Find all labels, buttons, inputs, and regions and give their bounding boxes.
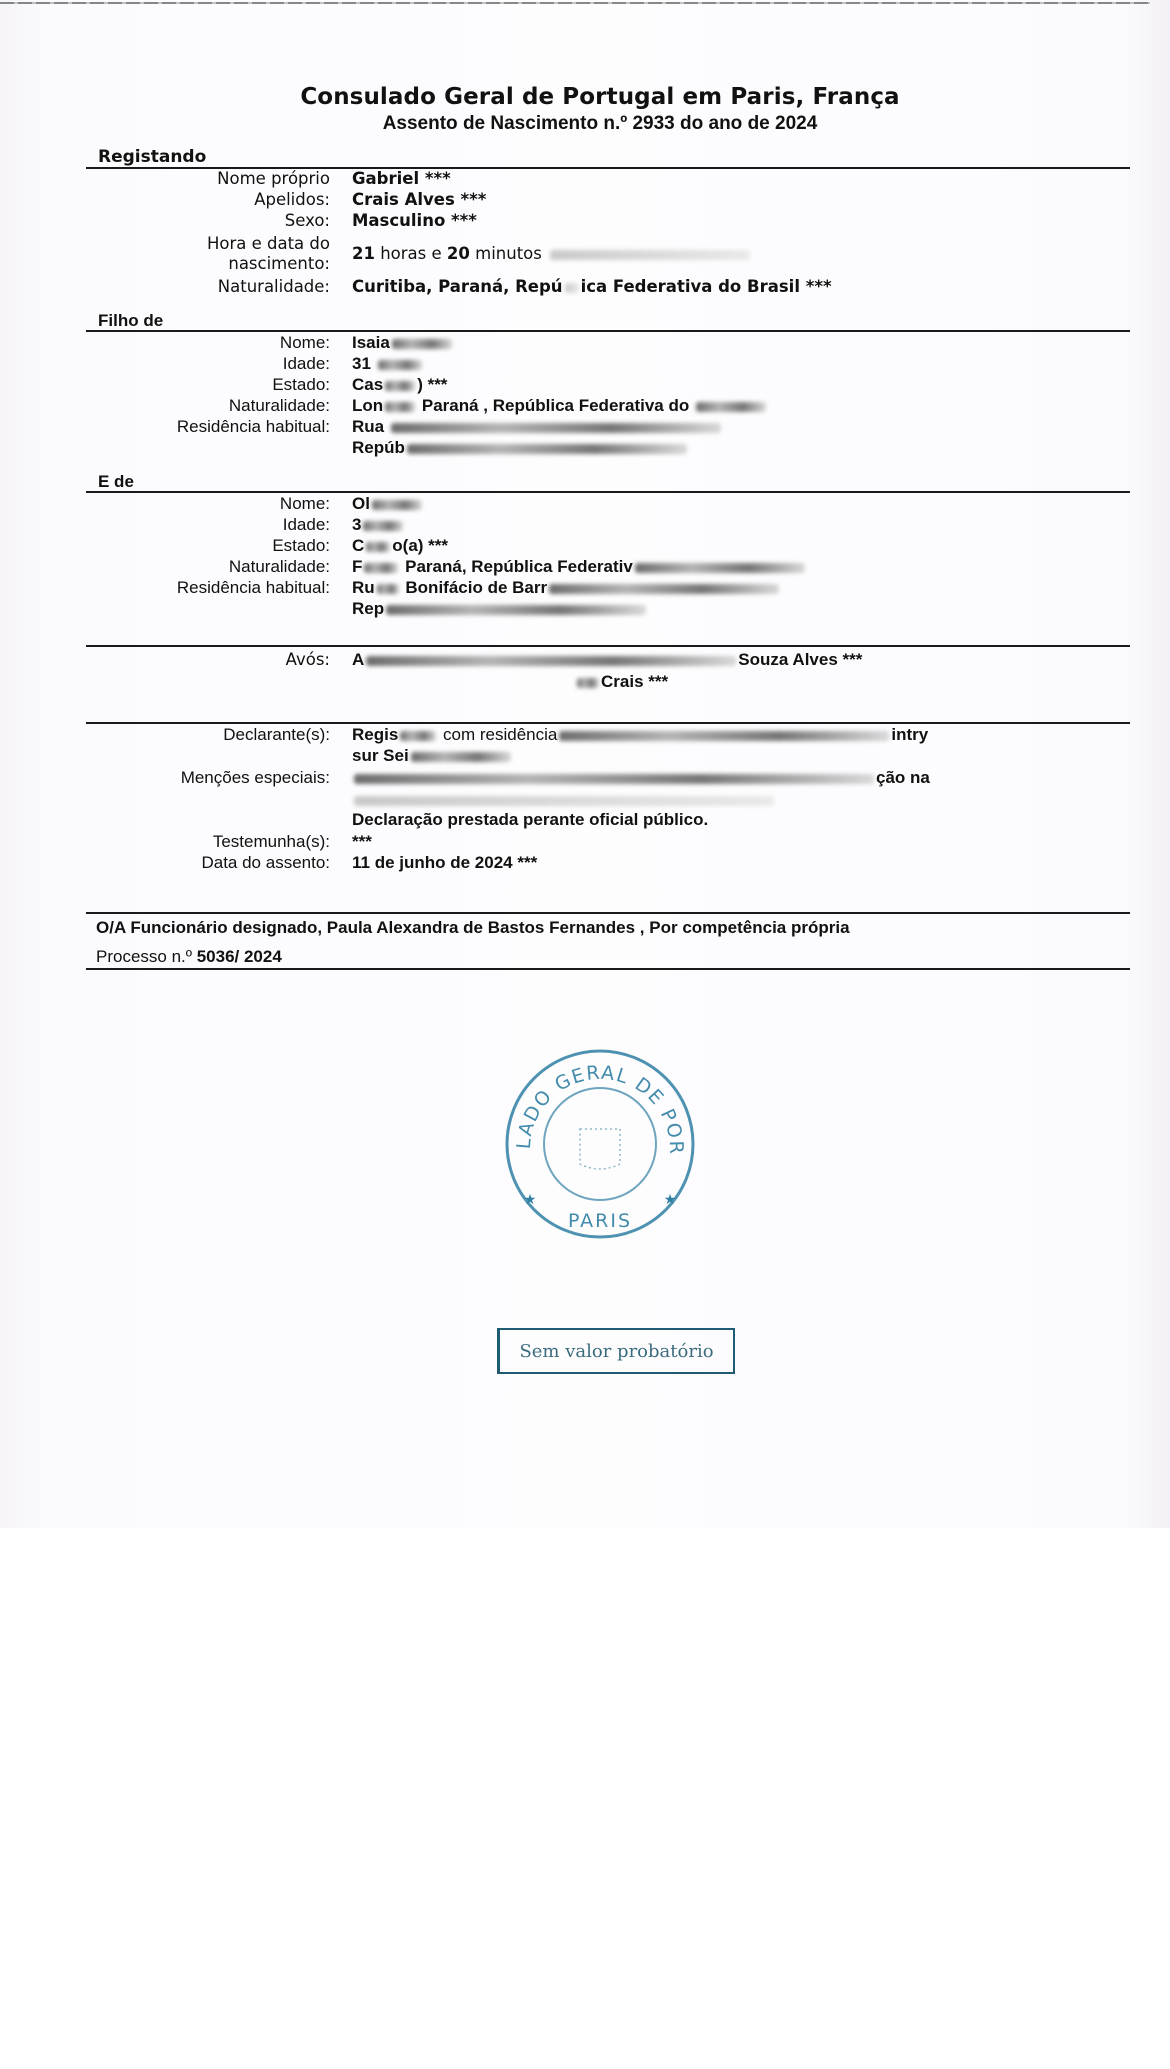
no-probative-value-stamp: Sem valor probatório xyxy=(497,1328,735,1374)
redacted-text xyxy=(392,339,452,349)
field-row-pai-naturalidade: Naturalidade: Lon Paraná , República Fed… xyxy=(0,396,1170,416)
redacted-text xyxy=(577,678,599,688)
document-subtitle: Assento de Nascimento n.º 2933 do ano de… xyxy=(0,113,1170,135)
field-row-declarante: Declarante(s): Regis com residênciaintry xyxy=(0,725,1170,745)
field-value: Co(a) *** xyxy=(352,536,448,556)
field-label: Nome próprio xyxy=(0,169,330,189)
redacted-text xyxy=(386,605,646,615)
field-value: Cas) *** xyxy=(352,375,447,395)
redacted-text xyxy=(385,381,415,391)
redacted-text xyxy=(377,584,399,594)
field-row-pai-estado: Estado: Cas) *** xyxy=(0,375,1170,395)
value-part: Rep xyxy=(352,599,384,618)
document-title: Consulado Geral de Portugal em Paris, Fr… xyxy=(0,84,1170,110)
field-value: F Paraná, República Federativ xyxy=(352,557,807,577)
redacted-text xyxy=(366,542,390,552)
field-row-avos: Avós: ASouza Alves *** xyxy=(0,650,1170,670)
value-part: Isaia xyxy=(352,333,390,352)
field-row-pai-residencia: Residência habitual: Rua xyxy=(0,417,1170,437)
divider xyxy=(86,330,1130,332)
field-value: Rep xyxy=(352,599,648,619)
field-label: Nome: xyxy=(0,333,330,353)
hours-value: 21 xyxy=(352,244,375,263)
value-part: Cas xyxy=(352,375,383,394)
divider xyxy=(86,645,1130,647)
field-label: Naturalidade: xyxy=(0,557,330,577)
redacted-text xyxy=(378,360,422,370)
redacted-text xyxy=(407,444,687,454)
value-part: C xyxy=(352,536,364,555)
field-row-pai-nome: Nome: Isaia xyxy=(0,333,1170,353)
redacted-text xyxy=(354,796,774,806)
field-row-mae-residencia-line2: Rep xyxy=(0,599,1170,619)
field-label: Nome: xyxy=(0,494,330,514)
field-value: 31 xyxy=(352,354,424,374)
redacted-text xyxy=(385,402,415,412)
processo-value: 5036/ 2024 xyxy=(197,947,282,966)
field-label: Estado: xyxy=(0,375,330,395)
redacted-text xyxy=(354,774,874,784)
value-part: ica Federativa do Brasil *** xyxy=(581,277,832,296)
field-row-pai-residencia-line2: Repúb xyxy=(0,438,1170,458)
redacted-text xyxy=(400,731,436,741)
field-label: Declarante(s): xyxy=(0,725,330,745)
field-row-apelidos: Apelidos: Crais Alves *** xyxy=(0,190,1170,210)
value-part: sur Sei xyxy=(352,746,409,765)
field-value: ção na xyxy=(352,768,930,788)
value-part: Repúb xyxy=(352,438,405,457)
value-part: Paraná, República Federativ xyxy=(400,557,632,576)
field-value: Isaia xyxy=(352,333,454,353)
svg-text:★: ★ xyxy=(664,1192,677,1208)
empty-label xyxy=(0,672,330,692)
field-value: Curitiba, Paraná, Repúica Federativa do … xyxy=(352,277,832,297)
value-part: o(a) *** xyxy=(392,536,448,555)
field-label: Data do assento: xyxy=(0,853,330,873)
field-label: Apelidos: xyxy=(0,190,330,210)
field-label: Estado: xyxy=(0,536,330,556)
section-heading-e-de: E de xyxy=(98,472,134,492)
empty-label xyxy=(0,438,330,458)
field-value: Masculino *** xyxy=(352,211,477,231)
minutes-text: minutos xyxy=(470,244,542,263)
redacted-text xyxy=(549,584,779,594)
value-part: com residência xyxy=(438,725,557,744)
divider xyxy=(86,491,1130,493)
value-part: Crais *** xyxy=(601,672,668,691)
field-value: 3 xyxy=(352,515,405,535)
field-row-sexo: Sexo: Masculino *** xyxy=(0,211,1170,231)
field-value: 11 de junho de 2024 *** xyxy=(352,853,537,873)
redacted-text xyxy=(635,563,805,573)
value-part: Rua xyxy=(352,417,384,436)
value-part: 3 xyxy=(352,515,361,534)
svg-text:★: ★ xyxy=(524,1192,537,1208)
field-row-testemunhas: Testemunha(s): *** xyxy=(0,832,1170,852)
section-heading-registando: Registando xyxy=(98,147,206,167)
redacted-text xyxy=(391,423,721,433)
field-label: Hora e data do nascimento: xyxy=(0,234,330,274)
redacted-text xyxy=(363,521,403,531)
empty-label xyxy=(0,790,330,810)
field-row-mae-residencia: Residência habitual: Ru Bonifácio de Bar… xyxy=(0,578,1170,598)
redacted-text xyxy=(696,402,766,412)
section-heading-filho-de: Filho de xyxy=(98,311,163,331)
value-part: Curitiba, Paraná, Repú xyxy=(352,277,563,296)
field-value: ASouza Alves *** xyxy=(352,650,862,670)
field-value: Rua xyxy=(352,417,723,437)
field-value: Regis com residênciaintry xyxy=(352,725,928,745)
field-value: Declaração prestada perante oficial públ… xyxy=(352,810,708,830)
consulate-stamp: CONSULADO GERAL DE PORTUGAL PARIS ★ ★ xyxy=(500,1044,700,1244)
field-value xyxy=(352,790,776,810)
field-value: Ru Bonifácio de Barr xyxy=(352,578,781,598)
value-part: Ol xyxy=(352,494,370,513)
minutes-value: 20 xyxy=(447,244,470,263)
value-part: 31 xyxy=(352,354,371,373)
field-label: Naturalidade: xyxy=(0,277,330,297)
field-row-mencoes: Menções especiais: ção na xyxy=(0,768,1170,788)
svg-text:PARIS: PARIS xyxy=(568,1210,632,1232)
field-label: Idade: xyxy=(0,354,330,374)
value-part: A xyxy=(352,650,364,669)
field-value: Lon Paraná , República Federativa do xyxy=(352,396,768,416)
field-label-line2: nascimento: xyxy=(228,254,330,273)
hours-text: horas e xyxy=(375,244,447,263)
field-label-line1: Hora e data do xyxy=(207,234,330,253)
value-part: intry xyxy=(891,725,928,744)
field-label: Avós: xyxy=(0,650,330,670)
field-label: Sexo: xyxy=(0,211,330,231)
field-value: Crais Alves *** xyxy=(352,190,486,210)
field-row-avos-line2: Crais *** xyxy=(0,672,1170,692)
field-value: *** xyxy=(352,832,372,852)
document-page: Consulado Geral de Portugal em Paris, Fr… xyxy=(0,0,1170,1528)
field-label: Naturalidade: xyxy=(0,396,330,416)
page-top-edge xyxy=(0,2,1150,4)
redacted-text xyxy=(411,752,511,762)
funcionario-line: O/A Funcionário designado, Paula Alexand… xyxy=(96,918,850,938)
field-label: Residência habitual: xyxy=(0,578,330,598)
empty-label xyxy=(0,746,330,766)
field-value: Crais *** xyxy=(575,672,668,692)
field-value: sur Sei xyxy=(352,746,513,766)
divider xyxy=(86,722,1130,724)
value-part: F xyxy=(352,557,362,576)
field-label: Idade: xyxy=(0,515,330,535)
redacted-text xyxy=(372,500,422,510)
redacted-text xyxy=(366,656,736,666)
value-part: ) *** xyxy=(417,375,447,394)
value-part: Ru xyxy=(352,578,375,597)
processo-line: Processo n.º 5036/ 2024 xyxy=(96,947,282,967)
field-row-pai-idade: Idade: 31 xyxy=(0,354,1170,374)
redacted-text xyxy=(559,731,889,741)
field-value: Ol xyxy=(352,494,424,514)
field-row-mencoes-redacted xyxy=(0,790,1170,810)
field-row-hora-nascimento: Hora e data do nascimento: 21 horas e 20… xyxy=(0,234,1170,274)
stamp-text: Sem valor probatório xyxy=(519,1341,713,1362)
field-row-naturalidade: Naturalidade: Curitiba, Paraná, Repúica … xyxy=(0,277,1170,297)
value-part: ção na xyxy=(876,768,930,787)
empty-label xyxy=(0,599,330,619)
field-label: Testemunha(s): xyxy=(0,832,330,852)
field-row-mae-estado: Estado: Co(a) *** xyxy=(0,536,1170,556)
divider xyxy=(86,912,1130,914)
field-row-mae-nome: Nome: Ol xyxy=(0,494,1170,514)
field-row-data-assento: Data do assento: 11 de junho de 2024 *** xyxy=(0,853,1170,873)
field-value: Repúb xyxy=(352,438,689,458)
processo-label: Processo n.º xyxy=(96,947,197,966)
empty-label xyxy=(0,810,330,830)
field-label: Residência habitual: xyxy=(0,417,330,437)
value-part: Regis xyxy=(352,725,398,744)
value-part: Paraná , República Federativa do xyxy=(417,396,694,415)
field-row-mencoes-line2: Declaração prestada perante oficial públ… xyxy=(0,810,1170,830)
value-part: Souza Alves *** xyxy=(738,650,862,669)
field-value: Gabriel *** xyxy=(352,169,451,189)
value-part: Lon xyxy=(352,396,383,415)
field-row-mae-naturalidade: Naturalidade: F Paraná, República Federa… xyxy=(0,557,1170,577)
svg-text:CONSULADO GERAL DE PORTUGAL: CONSULADO GERAL DE PORTUGAL xyxy=(500,1044,687,1154)
redacted-text xyxy=(550,250,750,260)
field-row-mae-idade: Idade: 3 xyxy=(0,515,1170,535)
divider xyxy=(86,968,1130,970)
field-value: 21 horas e 20 minutos xyxy=(352,244,752,274)
field-row-declarante-line2: sur Sei xyxy=(0,746,1170,766)
field-label: Menções especiais: xyxy=(0,768,330,788)
value-part: Bonifácio de Barr xyxy=(401,578,547,597)
redacted-text xyxy=(565,283,579,293)
field-row-nome-proprio: Nome próprio Gabriel *** xyxy=(0,169,1170,189)
redacted-text xyxy=(364,563,398,573)
stamp-seal-icon: CONSULADO GERAL DE PORTUGAL PARIS ★ ★ xyxy=(500,1044,700,1244)
